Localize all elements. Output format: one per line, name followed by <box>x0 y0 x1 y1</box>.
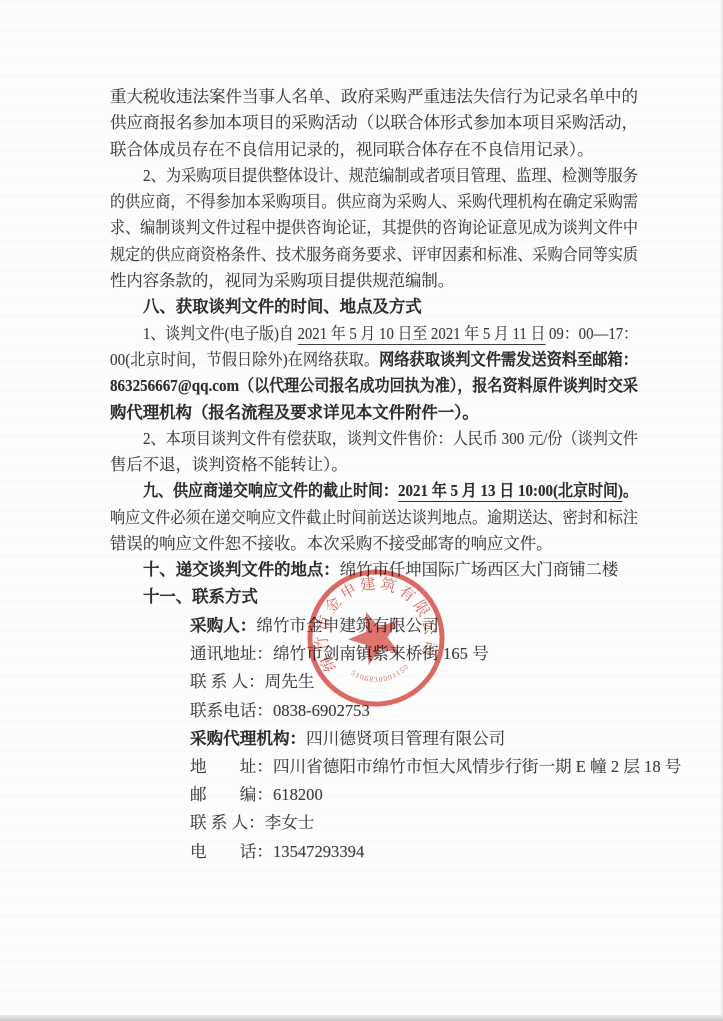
text-segment: 求、编制谈判文件过程中提供咨询论证，其提供的咨询论证意见成为谈判文件中 <box>110 218 638 237</box>
text-line: 863256667@qq.com（以代理公司报名成功回执为准），报名资料原件谈判… <box>110 373 638 399</box>
text-segment: 重大税收违法案件当事人名单、政府采购严重违法失信行为记录名单中的 <box>110 87 638 106</box>
text-segment: 九、供应商递交响应文件的截止时间： <box>143 481 398 500</box>
contact-value: 绵竹市金申建筑有限公司 <box>256 616 439 635</box>
text-segment: 规定的供应商资格条件、技术服务商务要求、评审因素和标准、采购合同等实质 <box>110 245 638 264</box>
text-segment: 响应文件必须在递交响应文件截止时间前送达谈判地点。逾期送达、密封和标注 <box>110 508 638 527</box>
text-segment: 2、为采购项目提供整体设计、规范编制或者项目管理、监理、检测等服务 <box>143 166 638 185</box>
scan-edge-bottom <box>0 1015 723 1021</box>
text-line: 规定的供应商资格条件、技术服务商务要求、评审因素和标准、采购合同等实质 <box>110 242 638 268</box>
contact-line: 邮 编：618200 <box>190 781 650 809</box>
text-segment: 09：00—17： <box>545 324 638 343</box>
text-segment: 2、本项目谈判文件有偿获取，谈判文件售价：人民币 300 元/份（谈判文件 <box>143 429 638 448</box>
text-segment: 供应商报名参加本项目的采购活动（以联合体形式参加本项目采购活动， <box>110 113 638 132</box>
text-line: 2、本项目谈判文件有偿获取，谈判文件售价：人民币 300 元/份（谈判文件 <box>110 426 638 452</box>
contact-label: 采购人： <box>190 616 256 635</box>
contact-value: 13547293394 <box>273 842 364 861</box>
text-line: 购代理机构（报名流程及要求详见本文件附件一）。 <box>110 400 638 426</box>
text-line: 性内容条款的，视同为采购项目提供规范编制。 <box>110 268 638 294</box>
document-body: 重大税收违法案件当事人名单、政府采购严重违法失信行为记录名单中的供应商报名参加本… <box>110 84 638 610</box>
contact-line: 采购人：绵竹市金申建筑有限公司 <box>190 612 650 640</box>
text-segment: 性内容条款的，视同为采购项目提供规范编制。 <box>110 271 454 290</box>
text-segment: 十、递交谈判文件的地点： <box>143 560 340 579</box>
text-line: 求、编制谈判文件过程中提供咨询论证，其提供的咨询论证意见成为谈判文件中 <box>110 215 638 241</box>
contact-line: 联 系 人：李女士 <box>190 809 650 837</box>
text-segment: 网络获取谈判文件需发送资料至邮箱： <box>379 350 638 369</box>
text-segment: 863256667@qq.com（以代理公司报名成功回执为准），报名资料原件谈判… <box>110 376 638 395</box>
text-line: 00(北京时间，节假日除外)在网络获取。网络获取谈判文件需发送资料至邮箱： <box>110 347 638 373</box>
contact-line: 采购代理机构：四川德贤项目管理有限公司 <box>190 725 650 753</box>
text-segment: 错误的响应文件恕不接收。本次采购不接受邮寄的响应文件。 <box>110 534 553 553</box>
text-segment: 八、获取谈判文件的时间、地点及方式 <box>143 297 422 316</box>
text-segment: 购代理机构（报名流程及要求详见本文件附件一）。 <box>110 403 479 422</box>
contact-value: 0838-6902753 <box>273 701 370 720</box>
text-segment: 绵竹市仟坤国际广场西区大门商铺二楼 <box>340 560 619 579</box>
text-segment: 。 <box>623 481 638 500</box>
contact-line: 联 系 人：周先生 <box>190 668 650 696</box>
contact-value: 四川德贤项目管理有限公司 <box>306 729 505 748</box>
contact-label: 电 话： <box>190 842 273 861</box>
text-segment: 售后不退，谈判资格不能转让）。 <box>110 455 348 474</box>
text-segment: 2021 年 5 月 10 日至 2021 年 5 月 11 日 <box>297 324 545 345</box>
text-line: 响应文件必须在递交响应文件截止时间前送达谈判地点。逾期送达、密封和标注 <box>110 505 638 531</box>
text-line: 的供应商，不得参加本采购项目。供应商为采购人、采购代理机构在确定采购需 <box>110 189 638 215</box>
contact-section: 采购人：绵竹市金申建筑有限公司通讯地址：绵竹市剑南镇紫来桥街 165 号联 系 … <box>190 612 650 866</box>
contact-label: 联 系 人： <box>190 672 265 691</box>
contact-label: 地 址： <box>190 757 273 776</box>
text-line: 重大税收违法案件当事人名单、政府采购严重违法失信行为记录名单中的 <box>110 84 638 110</box>
contact-value: 绵竹市剑南镇紫来桥街 165 号 <box>273 644 489 663</box>
contact-value: 四川省德阳市绵竹市恒大风情步行街一期 E 幢 2 层 18 号 <box>273 757 681 776</box>
text-segment: 的供应商，不得参加本采购项目。供应商为采购人、采购代理机构在确定采购需 <box>110 192 638 211</box>
text-segment: 联合体成员存在不良信用记录的，视同联合体存在不良信用记录）。 <box>110 140 594 159</box>
contact-label: 采购代理机构： <box>190 729 306 748</box>
contact-value: 618200 <box>273 785 323 804</box>
text-line: 售后不退，谈判资格不能转让）。 <box>110 452 638 478</box>
contact-label: 联系电话： <box>190 701 273 720</box>
text-segment: 1、谈判文件(电子版)自 <box>143 324 297 343</box>
text-segment: 十一、联系方式 <box>143 587 258 606</box>
contact-line: 联系电话：0838-6902753 <box>190 697 650 725</box>
text-line: 2、为采购项目提供整体设计、规范编制或者项目管理、监理、检测等服务 <box>110 163 638 189</box>
text-line: 1、谈判文件(电子版)自 2021 年 5 月 10 日至 2021 年 5 月… <box>110 321 638 347</box>
contact-line: 地 址：四川省德阳市绵竹市恒大风情步行街一期 E 幢 2 层 18 号 <box>190 753 650 781</box>
text-line: 十一、联系方式 <box>110 584 638 610</box>
contact-line: 电 话：13547293394 <box>190 838 650 866</box>
contact-label: 邮 编： <box>190 785 273 804</box>
text-line: 八、获取谈判文件的时间、地点及方式 <box>110 294 638 320</box>
contact-label: 通讯地址： <box>190 644 273 663</box>
contact-label: 联 系 人： <box>190 813 265 832</box>
text-segment: 2021 年 5 月 13 日 10:00(北京时间) <box>398 481 623 502</box>
text-line: 供应商报名参加本项目的采购活动（以联合体形式参加本项目采购活动， <box>110 110 638 136</box>
text-segment: 00(北京时间，节假日除外)在网络获取。 <box>110 350 379 369</box>
contact-line: 通讯地址：绵竹市剑南镇紫来桥街 165 号 <box>190 640 650 668</box>
text-line: 错误的响应文件恕不接收。本次采购不接受邮寄的响应文件。 <box>110 531 638 557</box>
contact-value: 周先生 <box>265 672 315 691</box>
text-line: 九、供应商递交响应文件的截止时间：2021 年 5 月 13 日 10:00(北… <box>110 478 638 504</box>
text-line: 十、递交谈判文件的地点：绵竹市仟坤国际广场西区大门商铺二楼 <box>110 557 638 583</box>
contact-value: 李女士 <box>265 813 315 832</box>
scanned-document-page: 重大税收违法案件当事人名单、政府采购严重违法失信行为记录名单中的供应商报名参加本… <box>0 0 723 1021</box>
text-line: 联合体成员存在不良信用记录的，视同联合体存在不良信用记录）。 <box>110 137 638 163</box>
